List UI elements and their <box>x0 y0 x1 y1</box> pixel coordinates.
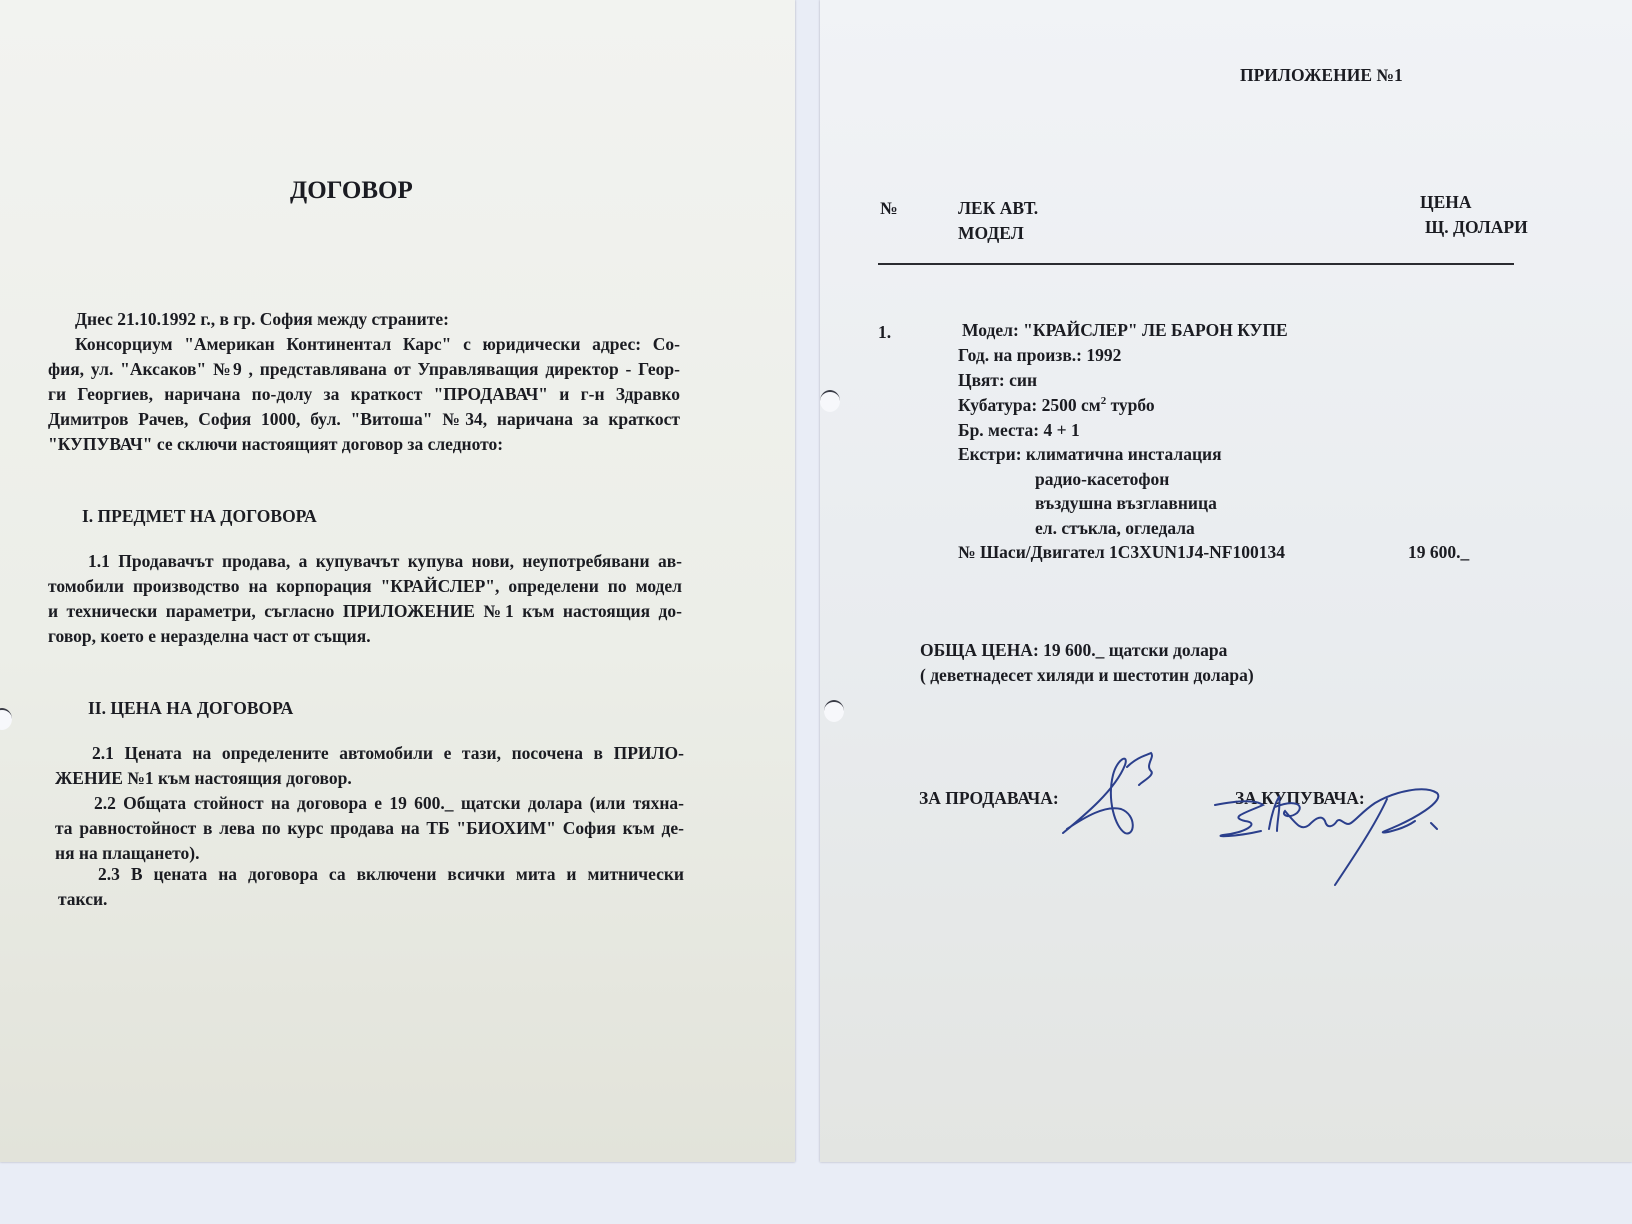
annex-page: ПРИЛОЖЕНИЕ №1 № ЛЕК АВТ. МОДЕЛ ЦЕНА Щ. Д… <box>820 0 1632 1162</box>
item-price: 19 600._ <box>1408 539 1469 565</box>
item-color: Цвят: син <box>958 367 1037 393</box>
clause-line: та равностойност в лева по курс продава … <box>55 815 684 841</box>
item-year: Год. на произв.: 1992 <box>958 342 1121 368</box>
clause-line: ЖЕНИЕ №1 към настоящия договор. <box>55 765 352 791</box>
annex-title: ПРИЛОЖЕНИЕ №1 <box>1240 62 1403 88</box>
clause-line: и технически параметри, съгласно ПРИЛОЖЕ… <box>48 598 682 624</box>
clause-line: такси. <box>58 886 107 912</box>
item-extra: ел. стъкла, огледала <box>1035 515 1195 541</box>
item-chassis: № Шаси/Двигател 1C3XUN1J4-NF100134 <box>958 539 1285 565</box>
intro-line: Димитров Рачев, София 1000, бул. "Витоша… <box>48 406 680 432</box>
intro-line: фия, ул. "Аксаков" №9 , представлявана о… <box>48 356 680 382</box>
clause-line: 2.2 Общата стойност на договора е 19 600… <box>94 790 684 816</box>
section-heading: I. ПРЕДМЕТ НА ДОГОВОРА <box>82 503 317 529</box>
intro-line: "КУПУВАЧ" се сключи настоящият договор з… <box>48 431 503 457</box>
column-header-model: ЛЕК АВТ. <box>958 195 1038 221</box>
clause-line: говор, което е неразделна част от същия. <box>48 623 371 649</box>
column-header-number: № <box>880 195 898 221</box>
total-in-words: ( деветнадесет хиляди и шестотин долара) <box>920 662 1254 688</box>
punch-hole <box>0 708 12 730</box>
seller-signature-label: ЗА ПРОДАВАЧА: <box>919 785 1059 811</box>
intro-line: ги Георгиев, наричана по-долу за краткос… <box>48 381 680 407</box>
item-displacement: Кубатура: 2500 см2 турбо <box>958 392 1155 418</box>
column-header-price: Щ. ДОЛАРИ <box>1425 214 1528 240</box>
seller-signature <box>1055 745 1175 845</box>
column-header-model: МОДЕЛ <box>958 220 1024 246</box>
contract-page: ДОГОВОР Днес 21.10.1992 г., в гр. София … <box>0 0 795 1162</box>
item-seats: Бр. места: 4 + 1 <box>958 417 1080 443</box>
section-heading: II. ЦЕНА НА ДОГОВОРА <box>88 695 293 721</box>
item-extra: радио-касетофон <box>1035 466 1169 492</box>
total-price: ОБЩА ЦЕНА: 19 600._ щатски долара <box>920 637 1227 663</box>
header-divider <box>878 263 1514 265</box>
punch-hole <box>820 390 840 412</box>
intro-line: Днес 21.10.1992 г., в гр. София между ст… <box>75 306 449 332</box>
item-extras-label: Екстри: климатична инсталация <box>958 441 1222 467</box>
clause-line: 2.1 Цената на определените автомобили е … <box>92 740 684 766</box>
clause-line: 2.3 В цената на договора са включени вси… <box>98 861 684 887</box>
item-extra: въздушна възглавница <box>1035 490 1217 516</box>
intro-line: Консорциум "Американ Континентал Карс" с… <box>75 331 680 357</box>
punch-hole <box>824 700 844 722</box>
column-header-price: ЦЕНА <box>1420 189 1472 215</box>
buyer-signature <box>1205 775 1465 895</box>
clause-line: 1.1 Продавачът продава, а купувачът купу… <box>88 548 682 574</box>
item-model: Модел: "КРАЙСЛЕР" ЛЕ БАРОН КУПЕ <box>962 317 1288 343</box>
contract-title: ДОГОВОР <box>290 178 413 204</box>
clause-line: томобили производство на корпорация "КРА… <box>48 573 682 599</box>
item-number: 1. <box>878 319 891 345</box>
